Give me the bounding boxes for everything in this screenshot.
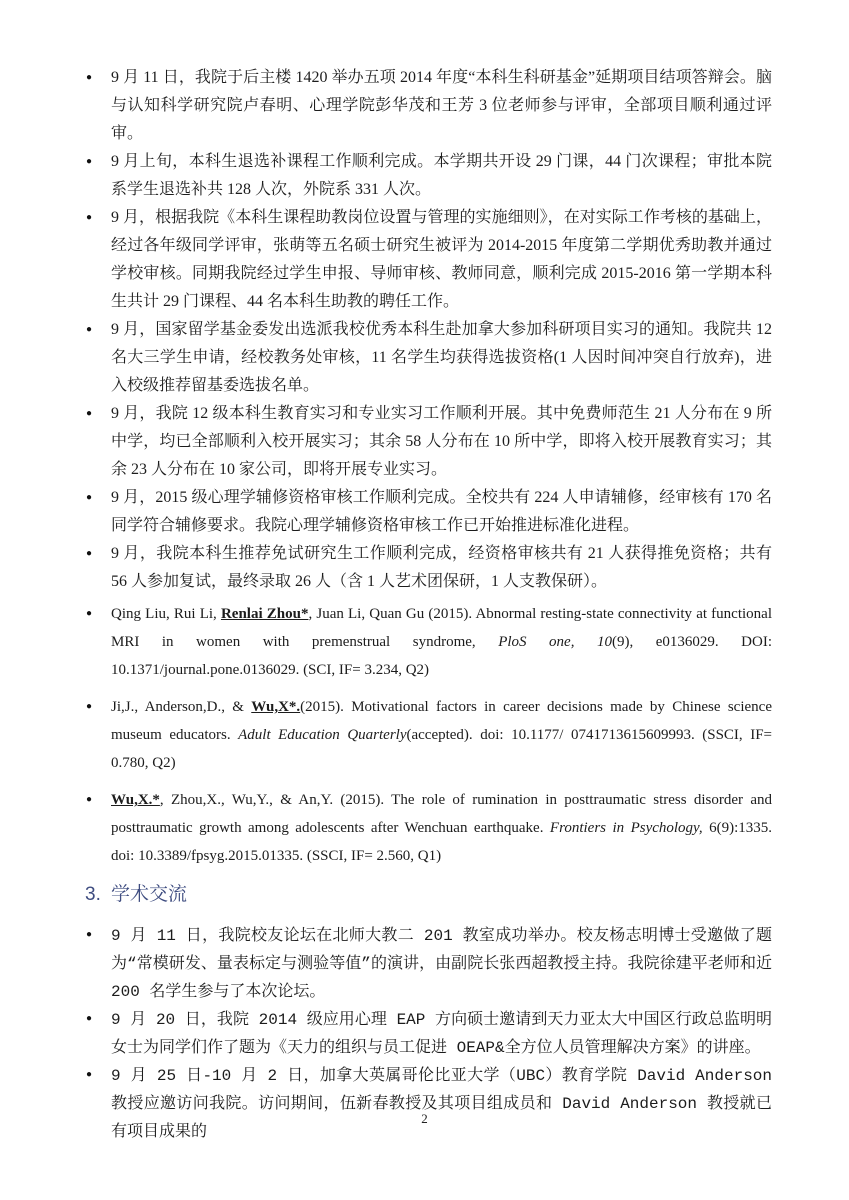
bullet-text: 9 月，国家留学基金委发出选派我校优秀本科生赴加拿大参加科研项目实习的通知。我院…: [111, 321, 772, 394]
citation-journal-name: PloS one, 10: [498, 634, 612, 650]
citation-text: Ji,J., Anderson,D., &: [111, 699, 251, 715]
page-number: 2: [0, 1110, 849, 1128]
bullet-text: 9 月 11 日，我院校友论坛在北师大教二 201 教室成功举办。校友杨志明博士…: [111, 927, 772, 1001]
bullet-marker-icon: ●: [86, 540, 92, 568]
bullet-marker-icon: ●: [86, 400, 92, 428]
bullet-text: 9 月，根据我院《本科生课程助教岗位设置与管理的实施细则》，在对实际工作考核的基…: [111, 209, 772, 310]
bullet-marker-icon: ●: [86, 786, 92, 814]
bullet-item: ●9 月，根据我院《本科生课程助教岗位设置与管理的实施细则》，在对实际工作考核的…: [85, 204, 772, 316]
undergrad-bullet-list: ●9 月 11 日，我院于后主楼 1420 举办五项 2014 年度“本科生科研…: [85, 64, 772, 596]
section-header-academic-exchange: 3.学术交流: [85, 880, 772, 910]
citation-author-highlight: Wu,X.*: [111, 792, 160, 808]
bullet-item: ●9 月，国家留学基金委发出选派我校优秀本科生赴加拿大参加科研项目实习的通知。我…: [85, 316, 772, 400]
document-page: ●9 月 11 日，我院于后主楼 1420 举办五项 2014 年度“本科生科研…: [0, 0, 849, 1200]
bullet-marker-icon: ●: [86, 600, 92, 628]
bullet-item: ●9 月 11 日，我院于后主楼 1420 举办五项 2014 年度“本科生科研…: [85, 64, 772, 148]
bullet-marker-icon: ●: [86, 1006, 92, 1034]
bullet-marker-icon: ●: [86, 693, 92, 721]
bullet-item: ●9 月上旬，本科生退选补课程工作顺利完成。本学期共开设 29 门课，44 门次…: [85, 148, 772, 204]
citation-item: ●Qing Liu, Rui Li, Renlai Zhou*, Juan Li…: [85, 600, 772, 684]
citation-item: ●Wu,X.*, Zhou,X., Wu,Y., & An,Y. (2015).…: [85, 786, 772, 870]
bullet-marker-icon: ●: [86, 484, 92, 512]
bullet-marker-icon: ●: [86, 1062, 92, 1090]
bullet-marker-icon: ●: [86, 316, 92, 344]
bullet-text: 9 月，2015 级心理学辅修资格审核工作顺利完成。全校共有 224 人申请辅修…: [111, 489, 772, 534]
bullet-text: 9 月，我院 12 级本科生教育实习和专业实习工作顺利开展。其中免费师范生 21…: [111, 405, 772, 478]
bullet-item: ●9 月 11 日，我院校友论坛在北师大教二 201 教室成功举办。校友杨志明博…: [85, 922, 772, 1006]
bullet-item: ●9 月 20 日，我院 2014 级应用心理 EAP 方向硕士邀请到天力亚太大…: [85, 1006, 772, 1062]
bullet-text: 9 月 20 日，我院 2014 级应用心理 EAP 方向硕士邀请到天力亚太大中…: [111, 1011, 772, 1057]
citation-journal-name: Frontiers in Psychology,: [550, 820, 703, 836]
bullet-marker-icon: ●: [86, 64, 92, 92]
publication-citation-list: ●Qing Liu, Rui Li, Renlai Zhou*, Juan Li…: [85, 600, 772, 870]
section-number: 3.: [85, 880, 111, 910]
bullet-item: ●9 月，2015 级心理学辅修资格审核工作顺利完成。全校共有 224 人申请辅…: [85, 484, 772, 540]
citation-text: Qing Liu, Rui Li,: [111, 606, 221, 622]
citation-item: ●Ji,J., Anderson,D., & Wu,X*.(2015). Mot…: [85, 693, 772, 777]
bullet-item: ●9 月 25 日-10 月 2 日，加拿大英属哥伦比亚大学（UBC）教育学院 …: [85, 1062, 772, 1146]
bullet-text: 9 月 11 日，我院于后主楼 1420 举办五项 2014 年度“本科生科研基…: [111, 69, 772, 142]
citation-author-highlight: Wu,X*.: [251, 699, 300, 715]
section-title: 学术交流: [111, 884, 187, 905]
bullet-item: ●9 月，我院 12 级本科生教育实习和专业实习工作顺利开展。其中免费师范生 2…: [85, 400, 772, 484]
citation-author-highlight: Renlai Zhou*: [221, 606, 309, 622]
bullet-text: 9 月，我院本科生推荐免试研究生工作顺利完成，经资格审核共有 21 人获得推免资…: [111, 545, 772, 590]
bullet-marker-icon: ●: [86, 922, 92, 950]
bullet-item: ●9 月，我院本科生推荐免试研究生工作顺利完成，经资格审核共有 21 人获得推免…: [85, 540, 772, 596]
bullet-marker-icon: ●: [86, 204, 92, 232]
bullet-marker-icon: ●: [86, 148, 92, 176]
bullet-text: 9 月 25 日-10 月 2 日，加拿大英属哥伦比亚大学（UBC）教育学院 D…: [111, 1067, 772, 1141]
bullet-text: 9 月上旬，本科生退选补课程工作顺利完成。本学期共开设 29 门课，44 门次课…: [111, 153, 772, 198]
citation-journal-name: Adult Education Quarterly: [238, 727, 406, 743]
